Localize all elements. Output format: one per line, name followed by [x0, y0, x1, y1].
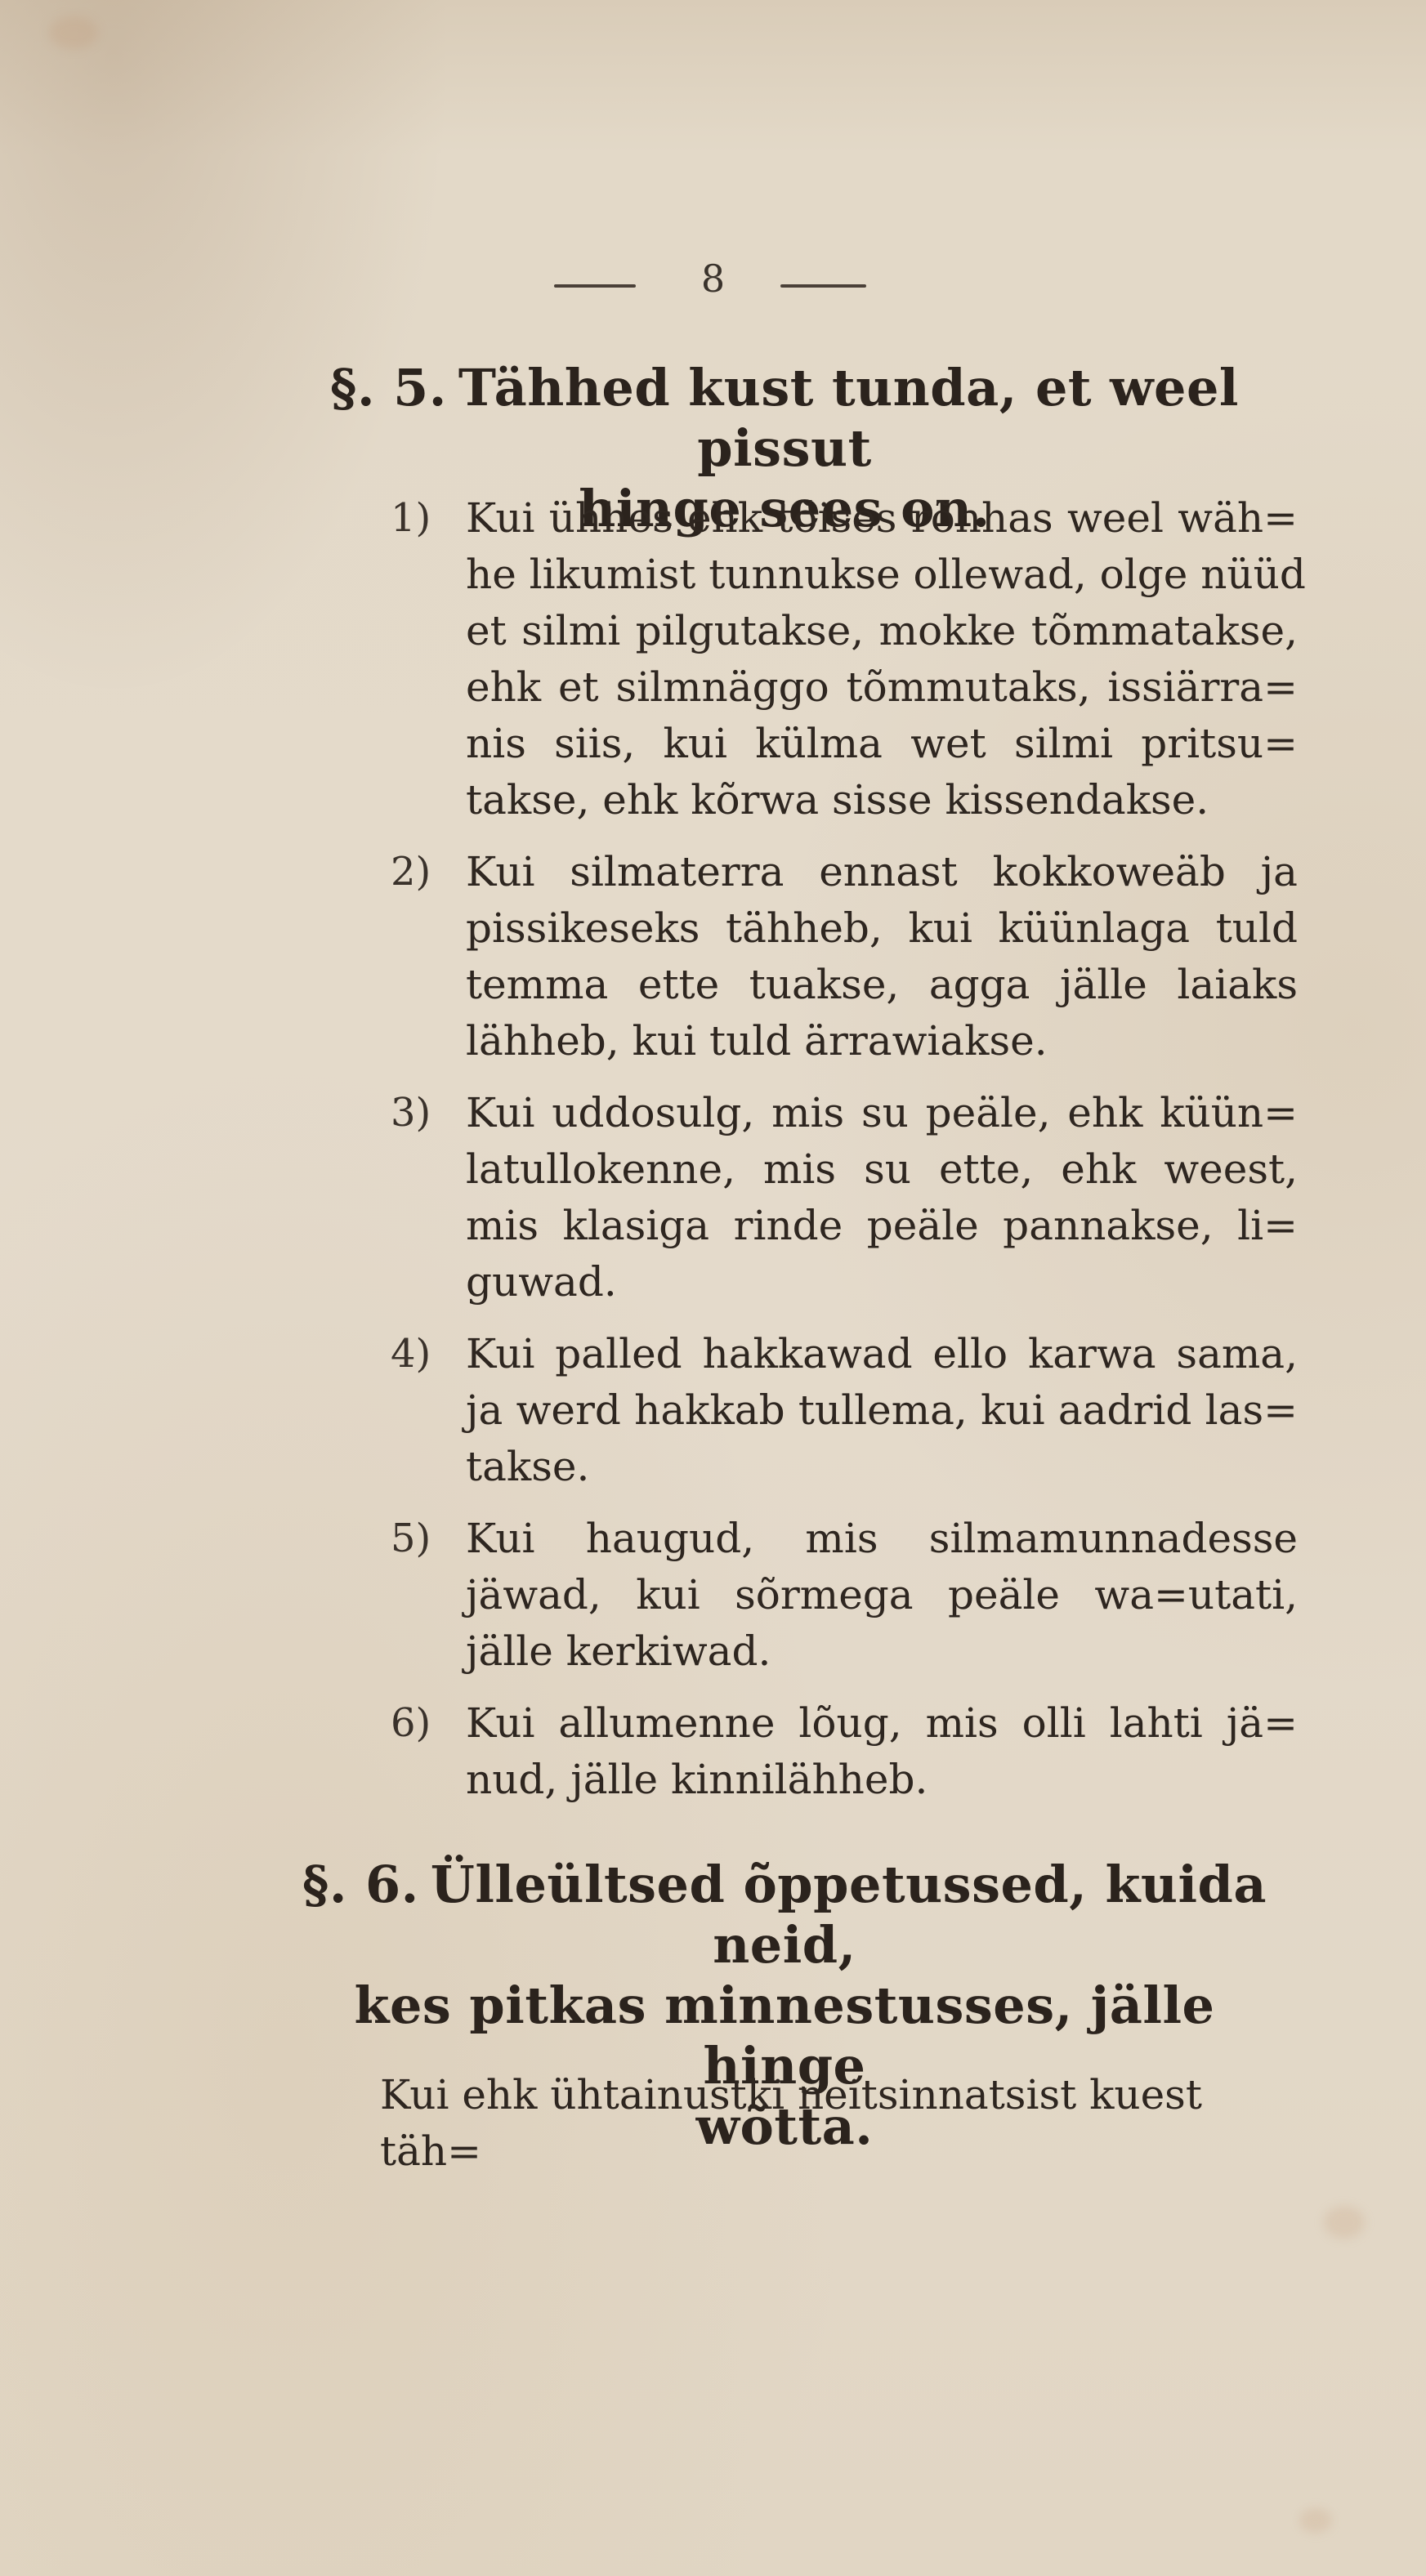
- item-number: 5): [391, 1511, 431, 1567]
- item-number: 3): [391, 1085, 431, 1141]
- item-line: guwad.: [466, 1254, 1298, 1310]
- continuation-text: Kui ehk ühtainustki neitsinnatsist kuest…: [380, 2067, 1263, 2180]
- item-number: 2): [391, 844, 431, 900]
- item-number: 6): [391, 1695, 431, 1752]
- item-line: Kui allumenne lõug, mis olli lahti jä=: [466, 1695, 1298, 1752]
- section-6-title-text: Ülleültsed õppetussed, kuida neid,: [431, 1855, 1267, 1975]
- item-line: jälle kerkiwad.: [466, 1623, 1298, 1680]
- folio-rule-right: [780, 284, 866, 288]
- list-item: 4) Kui palled hakkawad ello karwa sama, …: [391, 1326, 1298, 1495]
- item-line: latullokenne, mis su ette, ehk weest,: [466, 1141, 1298, 1198]
- item-line: takse.: [466, 1439, 1298, 1495]
- signs-list: 1) Kui ühhes ehk tõises rõhhas weel wäh=…: [391, 490, 1298, 1824]
- paper-stain: [1324, 2206, 1365, 2239]
- item-line: Kui ühhes ehk tõises rõhhas weel wäh=: [466, 490, 1298, 547]
- item-line: Kui palled hakkawad ello karwa sama,: [466, 1326, 1298, 1382]
- list-item: 3) Kui uddosulg, mis su peäle, ehk küün=…: [391, 1085, 1298, 1310]
- item-line: temma ette tuakse, agga jälle laiaks: [466, 957, 1298, 1013]
- item-line: et silmi pilgutakse, mokke tõmmatakse,: [466, 603, 1298, 659]
- section-5-title-line-1: §. 5.Tähhed kust tunda, et weel pissut: [270, 358, 1299, 479]
- book-page: 8 §. 5.Tähhed kust tunda, et weel pissut…: [0, 0, 1426, 2576]
- list-item: 2) Kui silmaterra ennast kokkoweäb ja pi…: [391, 844, 1298, 1069]
- item-line: Kui silmaterra ennast kokkoweäb ja: [466, 844, 1298, 900]
- item-line: mis klasiga rinde peäle pannakse, li=: [466, 1198, 1298, 1254]
- list-item: 5) Kui haugud, mis silmamunnadesse jäwad…: [391, 1511, 1298, 1680]
- item-line: Kui haugud, mis silmamunnadesse: [466, 1511, 1298, 1567]
- paper-stain: [1299, 2508, 1332, 2533]
- item-line: takse, ehk kõrwa sisse kissendakse.: [466, 772, 1298, 828]
- item-line: nis siis, kui külma wet silmi pritsu=: [466, 716, 1298, 772]
- section-6-title-line-1: §. 6.Ülleültsed õppetussed, kuida neid,: [270, 1855, 1299, 1976]
- item-number: 4): [391, 1326, 431, 1382]
- item-line: he likumist tunnukse ollewad, olge nüüd: [466, 547, 1298, 603]
- item-line: ja werd hakkab tullema, kui aadrid las=: [466, 1382, 1298, 1439]
- list-item: 6) Kui allumenne lõug, mis olli lahti jä…: [391, 1695, 1298, 1808]
- list-item: 1) Kui ühhes ehk tõises rõhhas weel wäh=…: [391, 490, 1298, 828]
- item-line: ehk et silmnäggo tõmmutaks, issiärra=: [466, 659, 1298, 716]
- item-line: nud, jälle kinnilähheb.: [466, 1752, 1298, 1808]
- item-number: 1): [391, 490, 431, 547]
- section-5-mark: §. 5.: [330, 358, 447, 417]
- section-5-title-text: Tähhed kust tunda, et weel pissut: [458, 358, 1239, 478]
- item-line: jäwad, kui sõrmega peäle wa=utati,: [466, 1567, 1298, 1623]
- item-line: pissikeseks tähheb, kui küünlaga tuld: [466, 900, 1298, 957]
- paper-stain: [49, 16, 98, 49]
- section-6-mark: §. 6.: [302, 1855, 419, 1914]
- item-line: lähheb, kui tuld ärrawiakse.: [466, 1013, 1298, 1069]
- item-line: Kui uddosulg, mis su peäle, ehk küün=: [466, 1085, 1298, 1141]
- page-number: 8: [0, 260, 1426, 297]
